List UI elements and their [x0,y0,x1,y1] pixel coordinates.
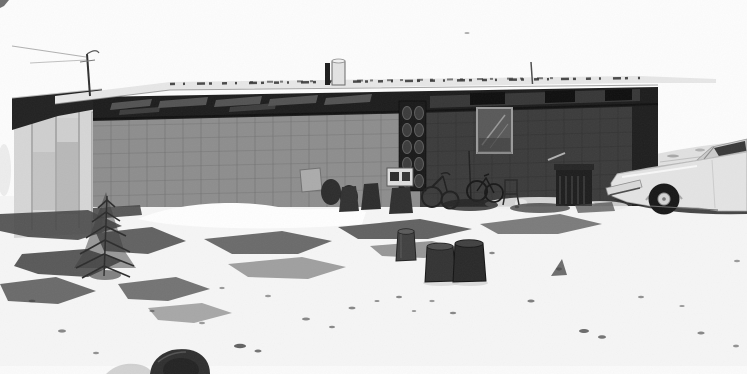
film-grain-overlay [0,0,747,374]
photo [0,0,747,374]
photo-canvas [0,0,747,374]
